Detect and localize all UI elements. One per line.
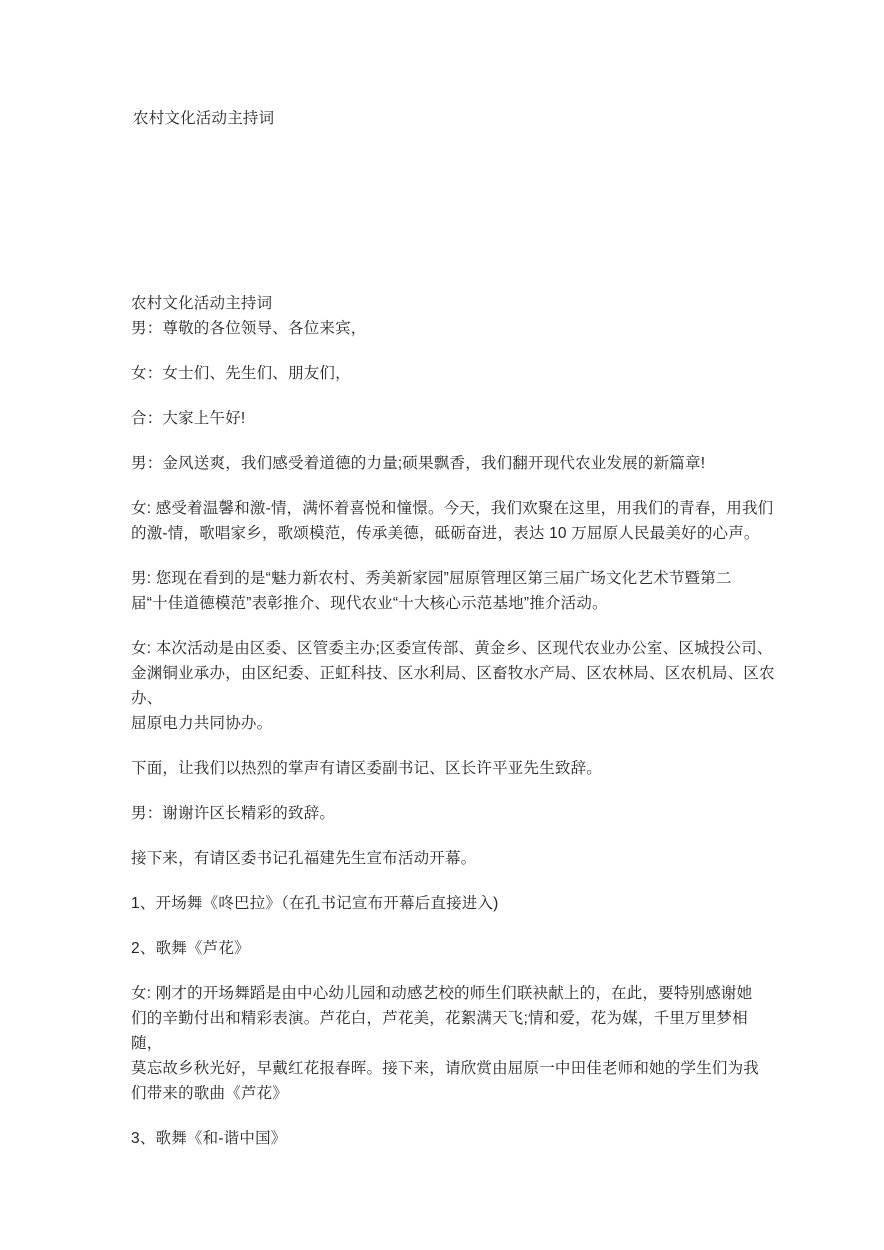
document-body: 农村文化活动主持词 男：尊敬的各位领导、各位来宾，女：女士们、先生们、朋友们，合… <box>131 291 776 1171</box>
paragraph: 3、歌舞《和-谐中国》 <box>131 1126 776 1151</box>
paragraph: 男: 您现在看到的是“魅力新农村、秀美新家园”屈原管理区第三届广场文化艺术节暨第… <box>131 566 776 616</box>
paragraph: 男：金风送爽，我们感受着道德的力量;硕果飘香，我们翻开现代农业发展的新篇章! <box>131 451 776 476</box>
paragraph: 女: 刚才的开场舞蹈是由中心幼儿园和动感艺校的师生们联袂献上的，在此，要特别感谢… <box>131 981 776 1106</box>
paragraph: 1、开场舞《咚巴拉》（在孔书记宣布开幕后直接进入) <box>131 891 776 916</box>
paragraph: 下面，让我们以热烈的掌声有请区委副书记、区长许平亚先生致辞。 <box>131 756 776 781</box>
paragraph: 女：女士们、先生们、朋友们， <box>131 361 776 386</box>
paragraph: 女: 感受着温馨和激-情，满怀着喜悦和憧憬。今天，我们欢聚在这里，用我们的青春，… <box>131 496 776 546</box>
document-page: 农村文化活动主持词 农村文化活动主持词 男：尊敬的各位领导、各位来宾，女：女士们… <box>0 0 884 1250</box>
document-title: 农村文化活动主持词 <box>133 106 274 131</box>
paragraph: 农村文化活动主持词 男：尊敬的各位领导、各位来宾， <box>131 291 776 341</box>
paragraph: 女: 本次活动是由区委、区管委主办;区委宣传部、黄金乡、区现代农业办公室、区城投… <box>131 636 776 736</box>
paragraph: 合：大家上午好! <box>131 406 776 431</box>
paragraph: 男：谢谢许区长精彩的致辞。 <box>131 801 776 826</box>
paragraph: 2、歌舞《芦花》 <box>131 936 776 961</box>
paragraph: 接下来，有请区委书记孔福建先生宣布活动开幕。 <box>131 846 776 871</box>
